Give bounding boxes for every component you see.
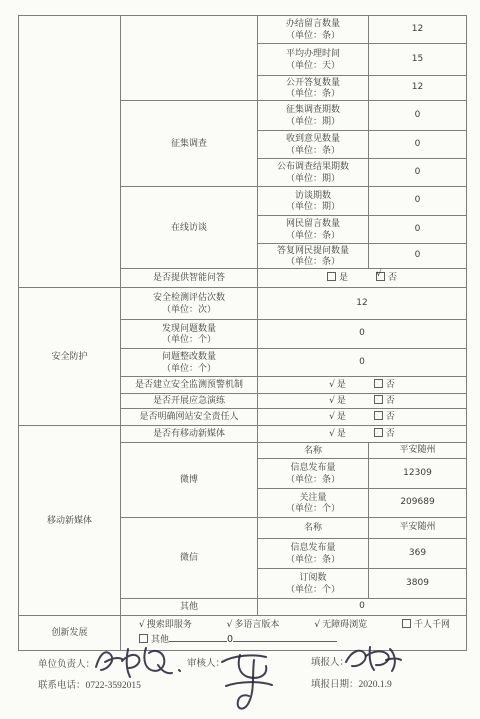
filler-signature (340, 640, 404, 680)
metric-value-opinions: 0 (369, 131, 467, 159)
metric-unit: （单位：条） (260, 230, 366, 241)
check-mark-icon: √ (227, 620, 233, 630)
metric-value-avg-time: 15 (369, 44, 467, 76)
group-label-wechat: 微信 (121, 518, 258, 599)
checkbox-unchecked-icon (374, 411, 383, 420)
annual-report-table: 办结留言数量 （单位：条） 12 平均办理时间 （单位：天） 15 公开答复数量… (18, 15, 467, 651)
metric-name: 平均办理时间 (260, 48, 366, 59)
innovation-options-line1: √搜索即服务 √多语言版本 √无障碍浏览 千人千网 (123, 617, 464, 632)
metric-name: 公布调查结果期数 (260, 161, 366, 172)
metric-unit: （单位：个） (260, 584, 366, 595)
metric-value-wechat-subs: 3809 (369, 569, 467, 599)
no-label: 否 (386, 411, 395, 421)
yes-label: 是 (339, 272, 348, 282)
section-label-mobile-media: 移动新媒体 (19, 426, 121, 616)
leader-signature (88, 641, 186, 685)
metric-value-public-replies: 12 (369, 76, 467, 101)
leader-label: 单位负责人： (38, 656, 95, 670)
metric-unit: （单位：条） (260, 145, 366, 156)
no-label: 否 (386, 395, 395, 405)
metric-unit: （单位：条） (260, 256, 366, 267)
innovation-option-accessibility: √无障碍浏览 (314, 619, 367, 631)
metric-label-interview-periods: 访谈期数 （单位：期） (258, 187, 369, 216)
no-label: 否 (386, 428, 395, 438)
metric-unit: （单位：条） (260, 30, 366, 41)
check-mark-icon: √ (314, 620, 320, 630)
section-label-security: 安全防护 (19, 288, 121, 426)
checkbox-unchecked-icon (327, 272, 336, 281)
metric-label-netizen-replies: 答复网民提问数量 （单位：条） (258, 244, 369, 269)
question-label-has-mobile-media: 是否有移动新媒体 (121, 426, 258, 443)
check-mark-icon: √ (139, 620, 145, 630)
group-label-weibo: 微博 (121, 443, 258, 518)
metric-name: 征集调查期数 (260, 104, 366, 115)
question-label-drill: 是否开展应急演练 (121, 394, 258, 409)
metric-value-netizen-replies: 0 (369, 244, 467, 269)
metric-value-problems-found: 0 (258, 320, 467, 349)
metric-value-problems-fixed: 0 (258, 349, 467, 377)
option-label: 无障碍浏览 (322, 619, 367, 629)
question-label-monitoring: 是否建立安全监测预警机制 (121, 377, 258, 394)
no-option: 否 (374, 379, 395, 390)
yes-label: 是 (337, 411, 346, 421)
yes-no-value-drill: √是 否 (258, 394, 467, 409)
metric-value-other: 0 (258, 599, 467, 616)
metric-value-security-checks: 12 (258, 288, 467, 320)
metric-name: 名称 (260, 445, 366, 456)
metric-unit: （单位：次） (123, 304, 255, 315)
scanned-report-page: 办结留言数量 （单位：条） 12 平均办理时间 （单位：天） 15 公开答复数量… (0, 0, 480, 719)
metric-value-done-messages: 12 (369, 16, 467, 44)
metric-label-wechat-subs: 订阅数 （单位：个） (258, 569, 369, 599)
option-label: 搜索即服务 (147, 619, 192, 629)
yes-label: 是 (337, 379, 346, 389)
no-option: √否 (376, 272, 397, 283)
metric-name: 信息发布量 (260, 542, 366, 553)
date-value: 2020.1.9 (359, 680, 392, 690)
yes-no-value-has-mobile-media: √是 否 (258, 426, 467, 443)
yes-option: √是 (329, 379, 346, 391)
group-label-interview: 在线访谈 (121, 187, 258, 269)
metric-value-wechat-posts: 369 (369, 539, 467, 569)
metric-name: 名称 (260, 522, 366, 533)
reviewer-signature (210, 648, 302, 718)
metric-label-survey-periods: 征集调查期数 （单位：期） (258, 101, 369, 131)
blank-underline (233, 632, 337, 642)
metric-name: 收到意见数量 (260, 133, 366, 144)
table-row: 移动新媒体 是否有移动新媒体 √是 否 (19, 426, 467, 443)
no-label: 否 (386, 379, 395, 389)
metric-unit: （单位：条） (260, 554, 366, 565)
metric-value-weibo-posts: 12309 (369, 459, 467, 489)
innovation-option-multilang: √多语言版本 (227, 619, 280, 631)
metric-label-weibo-followers: 关注量 （单位：个） (258, 489, 369, 518)
yes-option: √是 (329, 428, 346, 440)
checkbox-unchecked-icon (374, 428, 383, 437)
checkbox-unchecked-icon (374, 379, 383, 388)
metric-unit: （单位：期） (260, 173, 366, 184)
metric-label-problems-found: 发现问题数量 （单位：个） (121, 320, 258, 349)
metric-label-wechat-name: 名称 (258, 518, 369, 539)
metric-unit: （单位：天） (260, 60, 366, 71)
metric-name: 关注量 (260, 492, 366, 503)
metric-unit: （单位：条） (260, 88, 366, 99)
metric-name: 信息发布量 (260, 462, 366, 473)
metric-name: 答复网民提问数量 (260, 245, 366, 256)
yes-no-value-smart-qa: 是 √否 (258, 269, 467, 288)
checkbox-unchecked-icon (402, 619, 411, 628)
no-option: 否 (374, 395, 395, 406)
metric-name: 公开答复数量 (260, 77, 366, 88)
metric-value-survey-results: 0 (369, 159, 467, 187)
metric-value-weibo-followers: 209689 (369, 489, 467, 518)
metric-label-netizen-messages: 网民留言数量 （单位：条） (258, 216, 369, 244)
innovation-option-search: √搜索即服务 (139, 619, 192, 631)
metric-label-problems-fixed: 问题整改数量 （单位：个） (121, 349, 258, 377)
metric-name: 问题整改数量 (123, 351, 255, 362)
table-row: 办结留言数量 （单位：条） 12 (19, 16, 467, 44)
table-row: 安全防护 安全检测评估次数 （单位：次） 12 (19, 288, 467, 320)
section-cell-continued (19, 16, 121, 288)
innovation-option-personalized: 千人千网 (402, 619, 450, 630)
metric-name: 办结留言数量 (260, 18, 366, 29)
metric-name: 网民留言数量 (260, 218, 366, 229)
metric-unit: （单位：期） (260, 201, 366, 212)
yes-option: √是 (329, 411, 346, 423)
metric-label-weibo-name: 名称 (258, 443, 369, 459)
check-mark-icon: √ (329, 412, 335, 422)
check-mark-icon: √ (329, 380, 335, 390)
metric-unit: （单位：个） (123, 363, 255, 374)
metric-unit: （单位：个） (260, 503, 366, 514)
metric-name: 访谈期数 (260, 190, 366, 201)
yes-label: 是 (337, 428, 346, 438)
check-mark-icon: √ (329, 396, 335, 406)
metric-name: 订阅数 (260, 572, 366, 583)
yes-label: 是 (337, 395, 346, 405)
option-label: 千人千网 (414, 619, 450, 629)
no-label: 否 (388, 272, 397, 282)
option-label: 多语言版本 (234, 619, 279, 629)
check-mark-icon: √ (329, 429, 335, 439)
metric-label-security-checks: 安全检测评估次数 （单位：次） (121, 288, 258, 320)
yes-no-value-security-officer: √是 否 (258, 409, 467, 426)
metric-label-done-messages: 办结留言数量 （单位：条） (258, 16, 369, 44)
yes-option: √是 (329, 395, 346, 407)
metric-label-weibo-posts: 信息发布量 （单位：条） (258, 459, 369, 489)
yes-no-value-monitoring: √是 否 (258, 377, 467, 394)
metric-value-netizen-messages: 0 (369, 216, 467, 244)
metric-unit: （单位：个） (123, 334, 255, 345)
metric-name: 发现问题数量 (123, 323, 255, 334)
metric-value-weibo-name: 平安随州 (369, 443, 467, 459)
group-cell-continued (121, 16, 258, 101)
metric-label-avg-time: 平均办理时间 （单位：天） (258, 44, 369, 76)
yes-option: 是 (327, 272, 348, 283)
question-label-smart-qa: 是否提供智能问答 (121, 269, 258, 288)
metric-label-wechat-posts: 信息发布量 （单位：条） (258, 539, 369, 569)
metric-value-survey-periods: 0 (369, 101, 467, 131)
checkbox-unchecked-icon (374, 395, 383, 404)
group-label-survey: 征集调查 (121, 101, 258, 187)
metric-value-wechat-name: 平安随州 (369, 518, 467, 539)
metric-label-opinions: 收到意见数量 （单位：条） (258, 131, 369, 159)
metric-unit: （单位：期） (260, 116, 366, 127)
metric-label-public-replies: 公开答复数量 （单位：条） (258, 76, 369, 101)
no-option: 否 (374, 411, 395, 422)
no-option: 否 (374, 428, 395, 439)
checkbox-checked-icon: √ (376, 272, 385, 281)
metric-label-survey-results: 公布调查结果期数 （单位：期） (258, 159, 369, 187)
group-label-other: 其他 (121, 599, 258, 616)
metric-name: 安全检测评估次数 (123, 292, 255, 303)
question-label-security-officer: 是否明确网站安全责任人 (121, 409, 258, 426)
metric-value-interview-periods: 0 (369, 187, 467, 216)
metric-unit: （单位：条） (260, 474, 366, 485)
